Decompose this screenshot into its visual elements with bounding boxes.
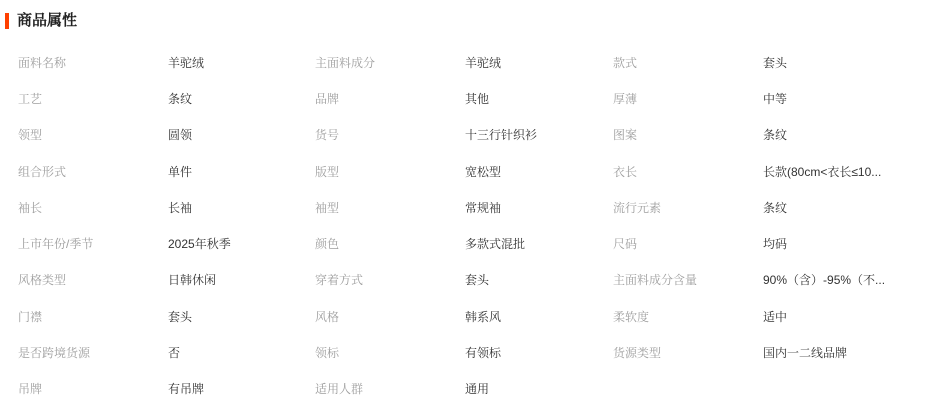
- attribute-cell: 风格 韩系风: [315, 298, 613, 334]
- attribute-value: 均码: [763, 235, 799, 252]
- attribute-value: 有吊牌: [168, 380, 216, 397]
- attribute-value: 套头: [168, 308, 204, 325]
- attribute-value: 2025年秋季: [168, 235, 243, 252]
- attributes-grid: 面料名称 羊驼绒 主面料成分 羊驼绒 款式 套头 工艺 条纹 品牌 其他 厚薄 …: [0, 30, 934, 399]
- attribute-value: 国内一二线品牌: [763, 344, 859, 361]
- attribute-cell: 尺码 均码: [613, 225, 916, 261]
- attribute-value: 单件: [168, 163, 204, 180]
- attribute-label: 主面料成分: [315, 54, 465, 71]
- attribute-cell: 适用人群 通用: [315, 371, 613, 399]
- attribute-label: 厚薄: [613, 90, 763, 107]
- attribute-label: 袖长: [18, 199, 168, 216]
- attribute-value: 套头: [763, 54, 799, 71]
- attribute-label: 上市年份/季节: [18, 235, 168, 252]
- attribute-label: 领标: [315, 344, 465, 361]
- attribute-value: 通用: [465, 380, 501, 397]
- attribute-label: 版型: [315, 163, 465, 180]
- attribute-label: 款式: [613, 54, 763, 71]
- attribute-cell: 袖型 常规袖: [315, 189, 613, 225]
- section-accent-bar: [5, 13, 9, 29]
- attribute-cell: 款式 套头: [613, 44, 916, 80]
- attribute-cell: 主面料成分含量 90%（含）-95%（不...: [613, 262, 916, 298]
- attribute-value: 长款(80cm<衣长≤10...: [763, 163, 893, 180]
- attribute-cell: 组合形式 单件: [18, 153, 315, 189]
- section-header: 商品属性: [0, 0, 934, 30]
- attribute-cell: 穿着方式 套头: [315, 262, 613, 298]
- attribute-cell: 上市年份/季节 2025年秋季: [18, 225, 315, 261]
- attribute-label: 流行元素: [613, 199, 763, 216]
- attribute-value: 圆领: [168, 126, 204, 143]
- attribute-value: 套头: [465, 271, 501, 288]
- attribute-cell: 面料名称 羊驼绒: [18, 44, 315, 80]
- attribute-value: 多款式混批: [465, 235, 537, 252]
- attribute-cell: 图案 条纹: [613, 117, 916, 153]
- attribute-value: 长袖: [168, 199, 204, 216]
- attribute-label: 货号: [315, 126, 465, 143]
- attribute-label: 门襟: [18, 308, 168, 325]
- attribute-cell: 货源类型 国内一二线品牌: [613, 334, 916, 370]
- attribute-value: 90%（含）-95%（不...: [763, 271, 897, 288]
- attribute-cell: 柔软度 适中: [613, 298, 916, 334]
- attribute-value: 十三行针织衫: [465, 126, 549, 143]
- attribute-value: 条纹: [763, 126, 799, 143]
- attribute-cell: 吊牌 有吊牌: [18, 371, 315, 399]
- attribute-cell: 风格类型 日韩休闲: [18, 262, 315, 298]
- attribute-label: 品牌: [315, 90, 465, 107]
- attribute-cell: 是否跨境货源 否: [18, 334, 315, 370]
- attribute-label: 风格类型: [18, 271, 168, 288]
- attribute-label: 袖型: [315, 199, 465, 216]
- attribute-value: 否: [168, 344, 192, 361]
- attribute-label: 穿着方式: [315, 271, 465, 288]
- attribute-cell: 衣长 长款(80cm<衣长≤10...: [613, 153, 916, 189]
- attribute-cell: 流行元素 条纹: [613, 189, 916, 225]
- product-attributes-panel: 商品属性 面料名称 羊驼绒 主面料成分 羊驼绒 款式 套头 工艺 条纹 品牌 其…: [0, 0, 934, 399]
- attribute-label: 柔软度: [613, 308, 763, 325]
- attribute-label: 领型: [18, 126, 168, 143]
- attribute-value: 条纹: [168, 90, 204, 107]
- attribute-label: 主面料成分含量: [613, 271, 763, 288]
- attribute-cell: 领型 圆领: [18, 117, 315, 153]
- attribute-label: 货源类型: [613, 344, 763, 361]
- attribute-label: 风格: [315, 308, 465, 325]
- attribute-cell: 版型 宽松型: [315, 153, 613, 189]
- attribute-label: 尺码: [613, 235, 763, 252]
- attribute-value: 日韩休闲: [168, 271, 228, 288]
- attribute-value: 其他: [465, 90, 501, 107]
- attribute-label: 是否跨境货源: [18, 344, 168, 361]
- attribute-label: 吊牌: [18, 380, 168, 397]
- attribute-label: 颜色: [315, 235, 465, 252]
- attribute-cell: 厚薄 中等: [613, 80, 916, 116]
- attribute-value: 韩系风: [465, 308, 513, 325]
- attribute-value: 宽松型: [465, 163, 513, 180]
- attribute-value: 中等: [763, 90, 799, 107]
- attribute-value: 条纹: [763, 199, 799, 216]
- attribute-label: 适用人群: [315, 380, 465, 397]
- attribute-cell: 工艺 条纹: [18, 80, 315, 116]
- attribute-label: 图案: [613, 126, 763, 143]
- attribute-label: 面料名称: [18, 54, 168, 71]
- attribute-label: 衣长: [613, 163, 763, 180]
- attribute-value: 适中: [763, 308, 799, 325]
- attribute-value: 羊驼绒: [168, 54, 216, 71]
- attribute-cell: 主面料成分 羊驼绒: [315, 44, 613, 80]
- attribute-label: 工艺: [18, 90, 168, 107]
- attribute-cell: 品牌 其他: [315, 80, 613, 116]
- attribute-value: 有领标: [465, 344, 513, 361]
- section-title: 商品属性: [17, 13, 77, 29]
- attribute-label: 组合形式: [18, 163, 168, 180]
- attribute-value: 羊驼绒: [465, 54, 513, 71]
- attribute-cell: 领标 有领标: [315, 334, 613, 370]
- attribute-value: 常规袖: [465, 199, 513, 216]
- attribute-cell: 颜色 多款式混批: [315, 225, 613, 261]
- attribute-cell: 门襟 套头: [18, 298, 315, 334]
- attribute-cell: 袖长 长袖: [18, 189, 315, 225]
- attribute-cell: 货号 十三行针织衫: [315, 117, 613, 153]
